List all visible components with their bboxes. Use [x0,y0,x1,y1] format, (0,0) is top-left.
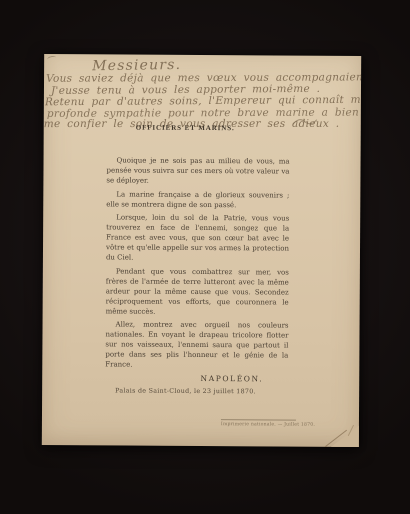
corner-fold [330,425,360,447]
pencil-mark [47,55,57,62]
photo-background: Messieurs. Vous saviez déjà que mes vœux… [0,0,410,514]
dateline: Palais de Saint-Cloud, le 23 juillet 187… [105,386,288,397]
signature: NAPOLÉON. [105,373,288,384]
document-heading: OFFICIERS ET MARINS. [136,124,235,133]
paragraph: Allez, montrez avec orgueil nos couleurs… [105,319,288,370]
paragraph: Quoique je ne sois pas au milieu de vous… [106,155,289,186]
paragraph: La marine française a de glorieux souven… [106,189,289,210]
handwritten-note: Messieurs. Vous saviez déjà que mes vœux… [44,54,361,56]
signature-flourish [292,116,318,128]
document-paper: Messieurs. Vous saviez déjà que mes vœux… [42,54,361,447]
printer-imprint: Imprimerie nationale. — Juillet 1870. [221,419,296,427]
document-body: Quoique je ne sois pas au milieu de vous… [105,155,289,401]
paragraph: Lorsque, loin du sol de la Patrie, vous … [106,212,289,263]
paragraph: Pendant que vous combattrez sur mer, vos… [106,266,289,317]
